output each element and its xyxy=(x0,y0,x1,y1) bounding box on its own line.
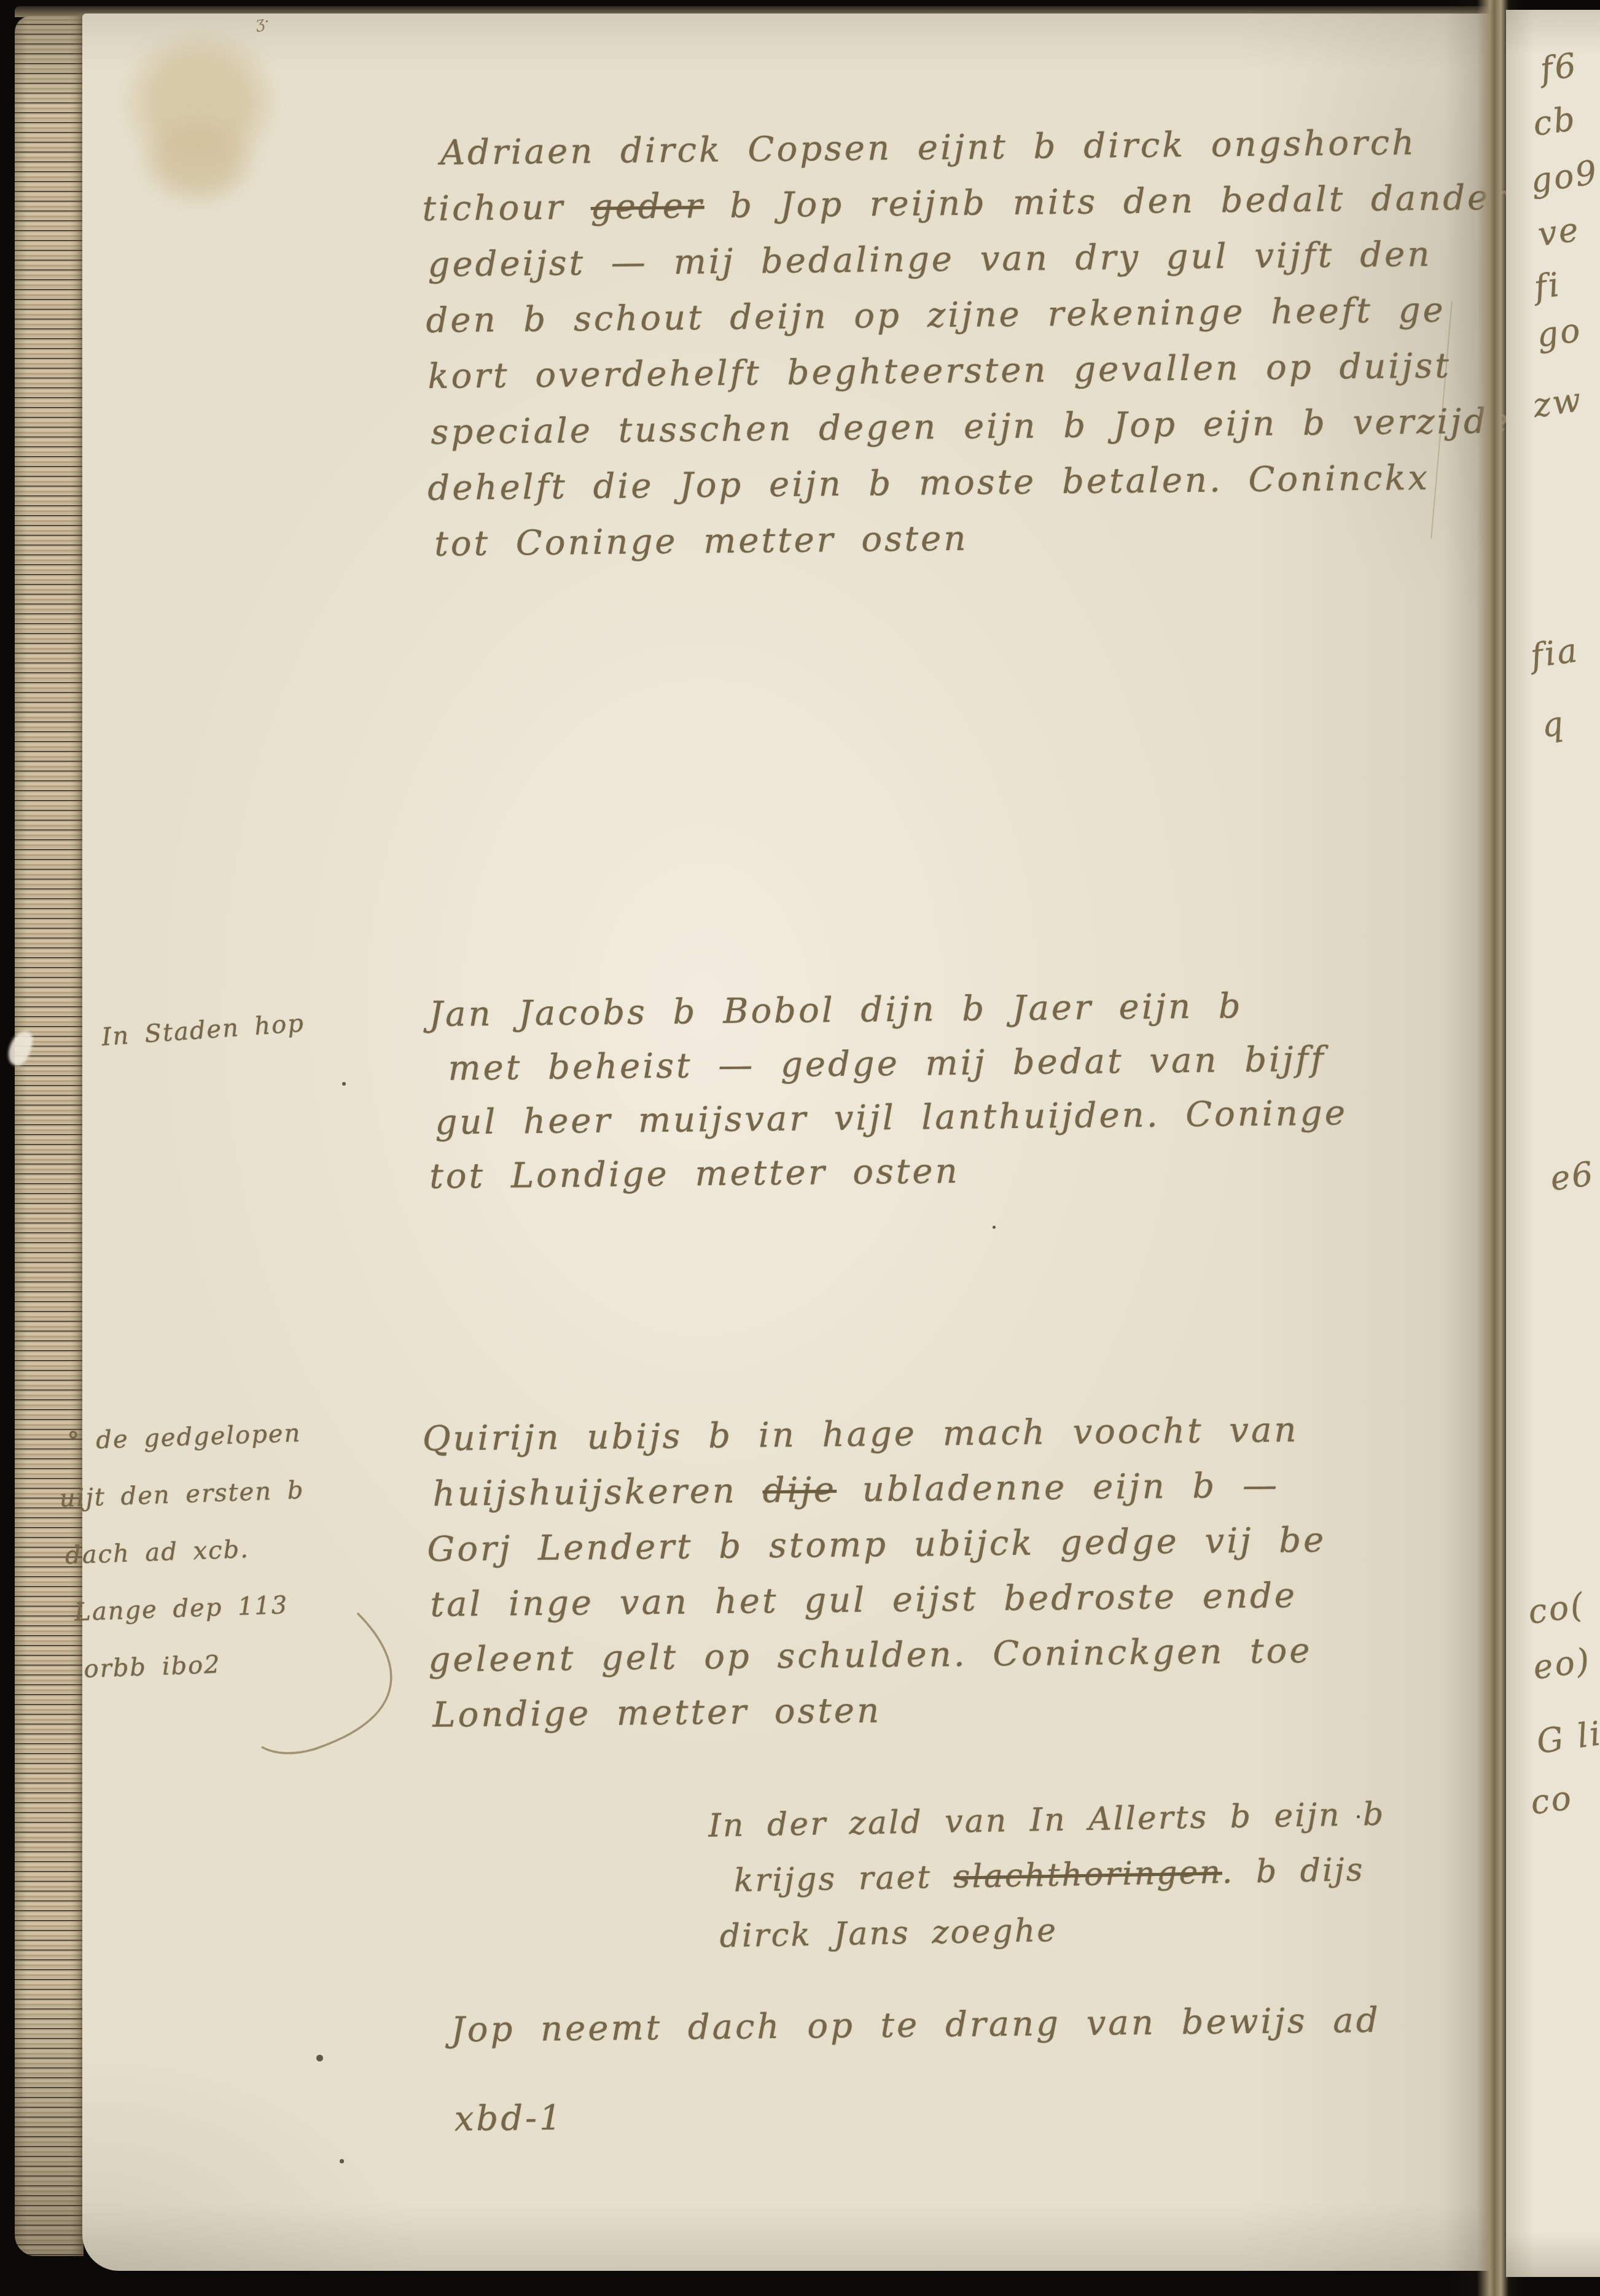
handwritten-line: tot Coninge metter osten xyxy=(434,505,1477,572)
handwriting-fragment: f6 xyxy=(1538,45,1580,89)
folio-mark: ʒ· xyxy=(254,12,271,33)
handwritten-line: xbd-1 xyxy=(454,2064,1453,2163)
handwriting-fragment: co xyxy=(1528,1778,1575,1823)
handwritten-line: dirck Jans zoeghe xyxy=(719,1898,1334,1964)
handwritten-line: tot Londige metter osten xyxy=(429,1139,1475,1204)
ink-dot xyxy=(993,1226,996,1229)
ink-dot xyxy=(340,2159,344,2163)
book-page-edges xyxy=(15,16,84,2256)
handwritten-line: Londige metter osten xyxy=(432,1677,1482,1743)
handwriting-fragment: ve xyxy=(1536,210,1583,254)
handwritten-text: b Jop reijnb mits den bedalt dander xyxy=(704,177,1509,226)
closing-lines: Jop neemt dach op te drang van bewijs ad… xyxy=(451,1975,1454,2163)
handwriting-fragment: G li xyxy=(1534,1714,1600,1761)
manuscript-scan: ʒ· Adriaen dirck Copsen eijnt b dirck on… xyxy=(0,0,1600,2296)
handwritten-line: kort overdehelft beghteersten gevallen o… xyxy=(427,338,1475,405)
handwritten-line: Gorj Lendert b stomp ubijck gedge vij be xyxy=(427,1511,1480,1578)
entry2-paragraph: Jan Jacobs b Bobol dijn b Jaer eijn bmet… xyxy=(423,977,1475,1204)
handwritten-line: gul heer muijsvar vijl lanthuijden. Coni… xyxy=(435,1085,1475,1150)
handwritten-line: huijshuijskeren dije ubladenne eijn b — xyxy=(432,1456,1480,1522)
handwriting-fragment: fi xyxy=(1532,265,1564,306)
handwritten-line: speciale tusschen degen eijn b Jop eijn … xyxy=(431,394,1475,461)
water-stain xyxy=(135,112,260,209)
struck-word: slachthoringen xyxy=(953,1854,1222,1896)
handwritten-line: den b schout deijn op zijne rekeninge he… xyxy=(426,282,1474,349)
handwriting-fragment: go9 xyxy=(1528,153,1600,201)
centered-note: In der zald van In Allerts b eijn bkrijg… xyxy=(699,1788,1335,1964)
handwritten-line: dehelft die Jop eijn b moste betalen. Co… xyxy=(427,449,1476,516)
facing-page-sliver: f6cbgo9vefigozwfiaqe6co(eo)G lico xyxy=(1506,10,1600,2277)
handwriting-fragment: q xyxy=(1539,704,1567,745)
handwritten-line: krijgs raet slachthoringen. b dijs xyxy=(733,1843,1333,1909)
handwritten-text: . b dijs xyxy=(1222,1851,1365,1891)
ink-dot xyxy=(316,2055,323,2061)
handwriting-fragment: go xyxy=(1534,310,1584,355)
handwritten-line: In der zald van In Allerts b eijn b xyxy=(708,1788,1332,1854)
handwritten-line: tichour geder b Jop reijnb mits den beda… xyxy=(422,170,1473,237)
entry3-paragraph: Quirijn ubijs b in hage mach voocht vanh… xyxy=(422,1401,1482,1743)
margin-flourish xyxy=(203,1606,461,1778)
handwriting-fragment: zw xyxy=(1531,380,1585,426)
handwriting-fragment: e6 xyxy=(1548,1154,1597,1198)
handwriting-fragment: fia xyxy=(1528,631,1581,675)
handwritten-text: krijgs raet xyxy=(734,1859,954,1899)
ink-dot xyxy=(342,1082,346,1086)
handwritten-line: gedeijst — mij bedalinge van dry gul vij… xyxy=(427,226,1473,293)
struck-word: geder xyxy=(591,186,704,227)
handwritten-line: Jop neemt dach op te drang van bewijs ad xyxy=(451,1975,1453,2074)
handwriting-fragment: eo) xyxy=(1531,1641,1593,1687)
handwriting-fragment: co( xyxy=(1526,1586,1588,1632)
handwritten-line: Adriaen dirck Copsen eijnt b dirck ongsh… xyxy=(440,114,1472,181)
handwritten-text: ubladenne eijn b — xyxy=(837,1465,1280,1510)
handwritten-text: huijshuijskeren xyxy=(432,1471,763,1514)
handwriting-fragment: cb xyxy=(1531,99,1579,143)
entry1-paragraph: Adriaen dirck Copsen eijnt b dirck ongsh… xyxy=(421,114,1477,572)
ink-dot xyxy=(1357,1815,1360,1818)
struck-word: dije xyxy=(762,1470,837,1511)
handwritten-text: tichour xyxy=(422,187,591,229)
